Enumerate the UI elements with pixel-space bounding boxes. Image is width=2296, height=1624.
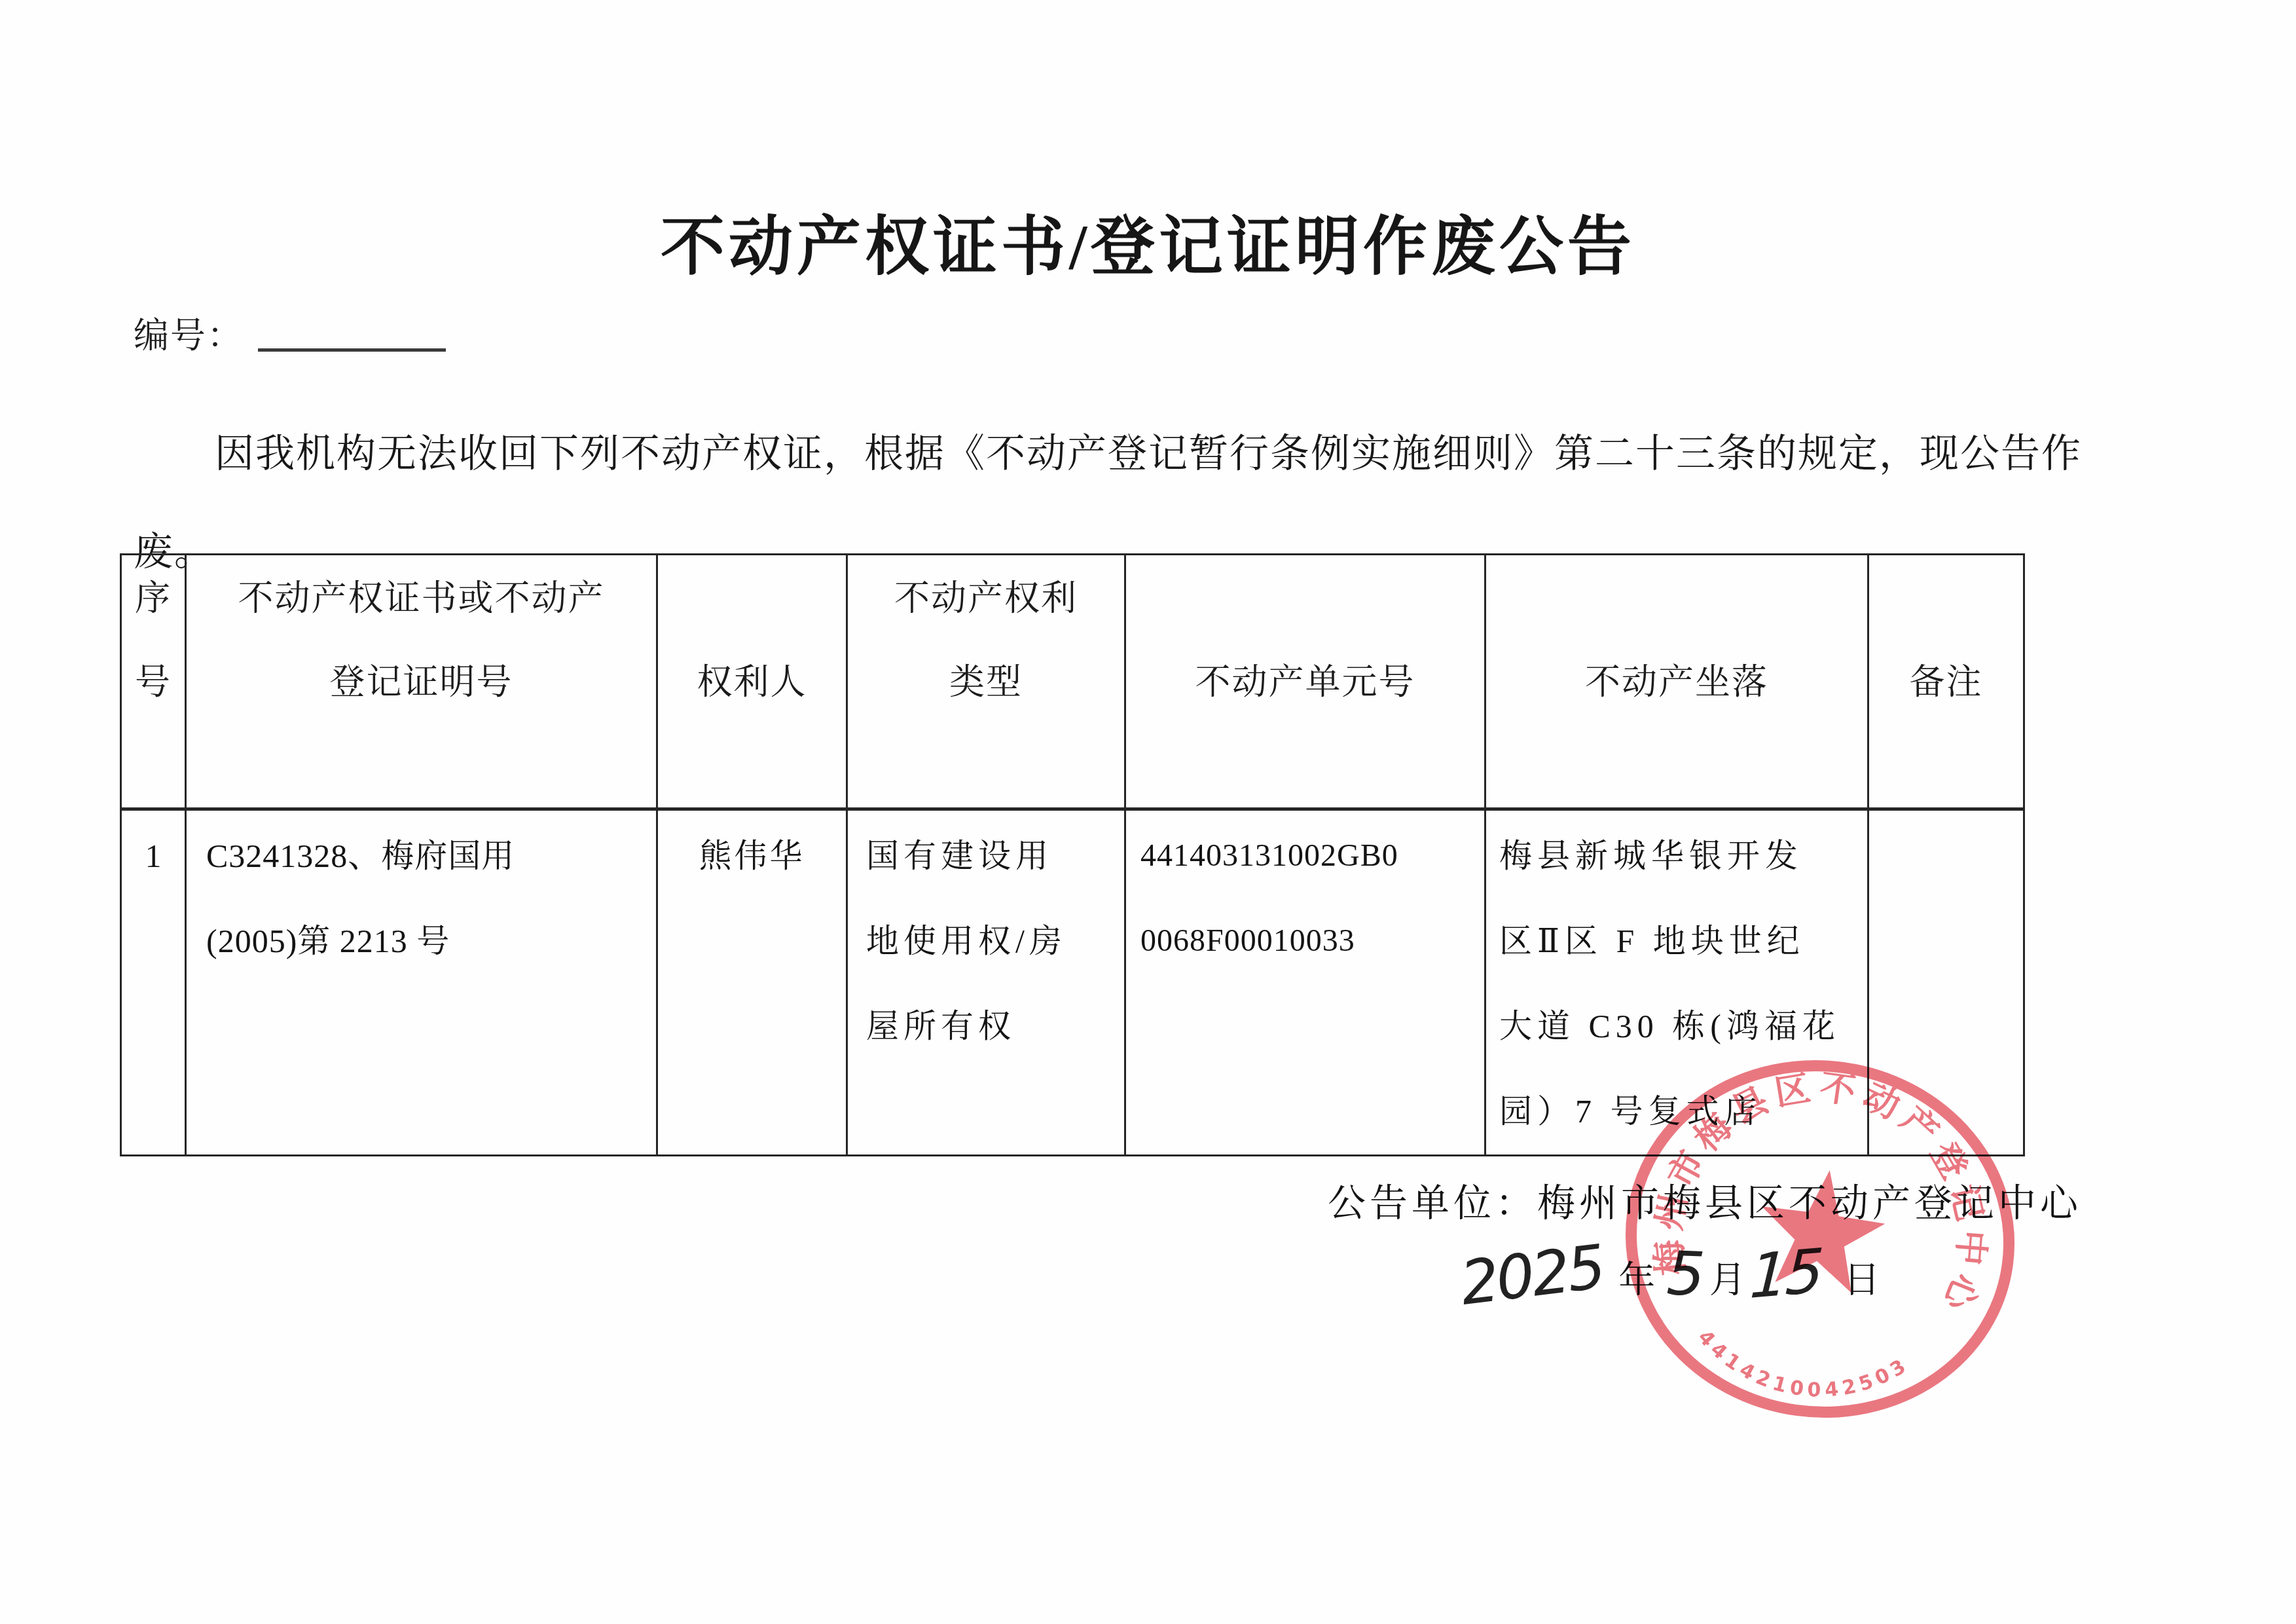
cell-holder: 熊伟华 [657, 809, 847, 1156]
number-label: 编号： [134, 316, 244, 356]
cell-unit-no: 441403131002GB0 0068F00010033 [1125, 809, 1485, 1156]
col-seq-header: 序 号 [121, 555, 186, 809]
col-unit-no-header: 不动产单元号 [1125, 555, 1485, 809]
official-seal: 梅州市梅县区不动产登记中心 4414210042503 [1619, 1058, 2026, 1429]
cell-right-type: 国有建设用 地使用权/房 屋所有权 [847, 809, 1125, 1156]
document-number-line: 编号： [134, 308, 446, 358]
col-cert-no-header: 不动产权证书或不动产 登记证明号 [186, 555, 657, 809]
unit-label: 公告单位： [1328, 1182, 1537, 1225]
col-remark-header: 备注 [1868, 555, 2024, 809]
table-header-row: 序 号 不动产权证书或不动产 登记证明号 权利人 不动产权利 类型 不动产单元号… [121, 555, 2024, 809]
col-location-header: 不动产坐落 [1485, 555, 1868, 809]
cell-seq: 1 [121, 809, 186, 1156]
star-icon [1751, 1162, 1891, 1297]
number-blank-line [258, 313, 446, 352]
handwritten-year: 2025 [1457, 1232, 1607, 1319]
cell-cert-no: C3241328、梅府国用 (2005)第 2213 号 [186, 809, 657, 1156]
col-right-type-header: 不动产权利 类型 [847, 555, 1125, 809]
document-page: 不动产权证书/登记证明作废公告 编号： 因我机构无法收回下列不动产权证，根据《不… [0, 0, 2296, 1624]
page-title: 不动产权证书/登记证明作废公告 [0, 195, 2296, 287]
col-holder-header: 权利人 [657, 555, 847, 809]
